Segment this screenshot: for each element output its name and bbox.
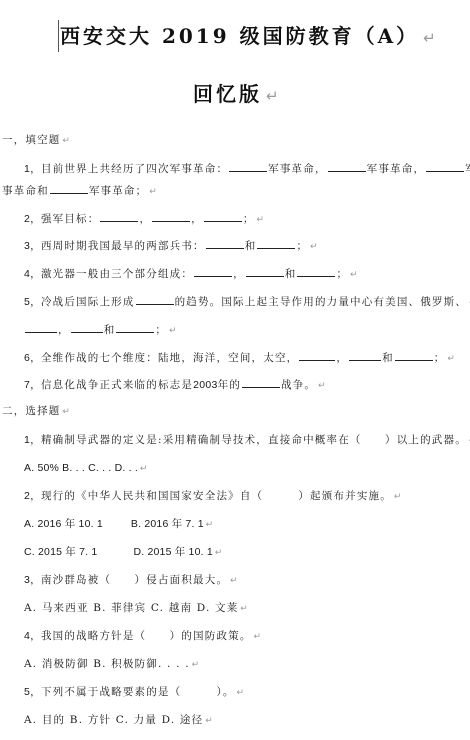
separator: ，	[233, 268, 245, 280]
separator: ，	[191, 213, 203, 225]
paragraph-mark-icon: ↵	[240, 604, 247, 614]
blank-field[interactable]	[71, 321, 103, 333]
question-text: 目前世界上共经历了四次军事革命：	[41, 163, 228, 175]
blank-field[interactable]	[395, 349, 433, 361]
choice-question-3[interactable]: 3，南沙群岛被（ ）侵占面积最大。↵	[24, 573, 238, 588]
question-number: 6，	[24, 352, 41, 364]
paragraph-mark-icon: ↵	[423, 29, 436, 47]
question-stem: 精确制导武器的定义是:采用精确制导技术，直接命中概率在（ ）以上的武器。	[41, 434, 467, 446]
choice-question-2[interactable]: 2，现行的《中华人民共和国国家安全法》自（ ）起颁布并实施。↵	[24, 489, 401, 504]
blank-field[interactable]	[136, 293, 174, 305]
separator: ；	[155, 324, 167, 336]
paragraph-mark-icon: ↵	[254, 632, 261, 642]
question-number: 7，	[24, 379, 41, 391]
option-d: D. 2015 年 10. 1	[133, 546, 212, 558]
separator: ，	[336, 352, 348, 364]
paragraph-mark-icon: ↵	[350, 270, 357, 280]
option-b: B. 2016 年 7. 1	[131, 518, 204, 530]
question-text: 激光器一般由三个部分组成：	[41, 268, 193, 280]
choice-question-2-options-cd[interactable]: C. 2015 年 7. 1D. 2015 年 10. 1↵	[24, 545, 222, 560]
paragraph-mark-icon: ↵	[149, 187, 156, 197]
options-text: A. 马来西亚 B. 菲律宾 C. 越南 D. 文莱	[24, 602, 238, 614]
section1-heading[interactable]: 一，填空题↵	[2, 133, 70, 148]
question-number: 4，	[24, 268, 41, 280]
question-number: 3，	[24, 240, 41, 252]
paragraph-mark-icon: ↵	[169, 326, 176, 336]
blank-field[interactable]	[297, 265, 335, 277]
blank-field[interactable]	[204, 210, 242, 222]
question-text: 军	[465, 163, 470, 175]
question-text: 年的	[218, 379, 241, 391]
blank-field[interactable]	[328, 160, 366, 172]
question-text: 的趋势。国际上起主导作用的力量中心有美国、俄罗斯、	[175, 296, 468, 308]
fill-question-1[interactable]: 1，目前世界上共经历了四次军事革命：军事革命，军事革命，军	[24, 160, 470, 176]
choice-question-4-options[interactable]: A. 消极防御 B. 积极防御. . . .↵	[24, 657, 199, 672]
question-number: 2，	[24, 490, 41, 502]
choice-question-5[interactable]: 5，下列不属于战略要素的是（ ）。↵	[24, 685, 244, 700]
fill-question-1-continued[interactable]: 事革命和军事革命；↵	[2, 182, 157, 199]
fill-question-2[interactable]: 2，强军目标：，，；↵	[24, 210, 264, 227]
question-text: 军事革命，	[367, 163, 426, 175]
question-number: 1，	[24, 434, 41, 446]
question-text: 全维作战的七个维度：陆地，海洋，空间，太空，	[41, 352, 298, 364]
question-number: 3，	[24, 574, 41, 586]
blank-field[interactable]	[246, 265, 284, 277]
separator: 和	[382, 352, 394, 364]
paragraph-mark-icon: ↵	[215, 548, 222, 558]
option-c: C. 2015 年 7. 1	[24, 546, 97, 558]
blank-field[interactable]	[152, 210, 190, 222]
section-heading-text: 一，填空题	[2, 134, 61, 146]
question-text: 战争。	[281, 379, 316, 391]
blank-field[interactable]	[257, 237, 295, 249]
paragraph-mark-icon: ↵	[237, 688, 244, 698]
separator: 和	[245, 240, 257, 252]
paragraph-mark-icon: ↵	[447, 354, 454, 364]
paragraph-mark-icon: ↵	[140, 464, 147, 474]
options-text: A. 50% B. . . C. . . D. . .	[24, 462, 138, 474]
year-value: 2003	[193, 379, 218, 391]
fill-question-3[interactable]: 3，西周时期我国最早的两部兵书：和；↵	[24, 237, 318, 254]
option-a: A. 2016 年 10. 1	[24, 518, 103, 530]
question-text: 强军目标：	[41, 213, 100, 225]
paragraph-mark-icon: ↵	[205, 716, 212, 726]
blank-field[interactable]	[50, 182, 88, 194]
blank-field[interactable]	[206, 237, 244, 249]
paragraph-mark-icon: ↵	[206, 520, 213, 530]
blank-field[interactable]	[426, 160, 464, 172]
blank-field[interactable]	[25, 321, 57, 333]
paragraph-mark-icon: ↵	[257, 215, 264, 225]
question-text: 信息化战争正式来临的标志是	[41, 379, 193, 391]
document-title[interactable]: 西安交大 2019 级国防教育（A）↵	[60, 22, 436, 52]
blank-field[interactable]	[242, 376, 280, 388]
paragraph-mark-icon: ↵	[318, 381, 325, 391]
question-number: 1，	[24, 163, 41, 175]
section-heading-text: 二，选择题	[2, 405, 61, 417]
fill-question-4[interactable]: 4，激光器一般由三个部分组成：，和；↵	[24, 265, 358, 282]
question-text: 冷战后国际上形成	[41, 296, 135, 308]
options-text: A. 消极防御 B. 积极防御. . . .	[24, 658, 190, 670]
blank-field[interactable]	[194, 265, 232, 277]
question-text: 事革命和	[2, 185, 49, 197]
text-cursor	[58, 20, 59, 52]
question-text: 军事革命；	[89, 185, 148, 197]
question-number: 2，	[24, 213, 41, 225]
question-number: 5，	[24, 296, 41, 308]
separator: ，	[58, 324, 70, 336]
document-subtitle[interactable]: 回忆版↵	[193, 80, 279, 110]
choice-question-3-options[interactable]: A. 马来西亚 B. 菲律宾 C. 越南 D. 文莱↵	[24, 601, 248, 616]
paragraph-mark-icon: ↵	[310, 242, 317, 252]
question-text: 军事革命，	[268, 163, 327, 175]
question-number: 5，	[24, 686, 41, 698]
question-text: 西周时期我国最早的两部兵书：	[41, 240, 205, 252]
blank-field[interactable]	[299, 349, 335, 361]
subtitle-text: 回忆版	[193, 82, 262, 106]
options-text: A. 目的 B. 方针 C. 力量 D. 途径	[24, 714, 203, 726]
choice-question-1[interactable]: 1，精确制导武器的定义是:采用精确制导技术，直接命中概率在（ ）以上的武器。↵	[24, 433, 470, 448]
paragraph-mark-icon: ↵	[63, 136, 70, 146]
choice-question-2-options-ab[interactable]: A. 2016 年 10. 1B. 2016 年 7. 1↵	[24, 517, 213, 532]
paragraph-mark-icon: ↵	[63, 407, 70, 417]
paragraph-mark-icon: ↵	[192, 660, 199, 670]
question-stem: 下列不属于战略要素的是（ ）。	[41, 686, 235, 698]
paragraph-mark-icon: ↵	[230, 576, 237, 586]
blank-field[interactable]	[349, 349, 381, 361]
separator: ；	[296, 240, 308, 252]
fill-question-5[interactable]: 5，冷战后国际上形成的趋势。国际上起主导作用的力量中心有美国、俄罗斯、↵	[24, 293, 470, 310]
separator: 和	[104, 324, 116, 336]
separator: ，	[139, 213, 151, 225]
paragraph-mark-icon: ↵	[394, 492, 401, 502]
blank-field[interactable]	[229, 160, 267, 172]
separator: ；	[434, 352, 446, 364]
question-stem: 现行的《中华人民共和国国家安全法》自（ ）起颁布并实施。	[41, 490, 392, 502]
title-text: 西安交大 2019 级国防教育（A）	[60, 24, 419, 48]
separator: 和	[285, 268, 297, 280]
question-number: 4，	[24, 630, 41, 642]
choice-question-1-options[interactable]: A. 50% B. . . C. . . D. . .↵	[24, 461, 147, 476]
paragraph-mark-icon: ↵	[266, 87, 279, 105]
choice-question-4[interactable]: 4，我国的战略方针是（ ）的国防政策。↵	[24, 629, 261, 644]
separator: ；	[336, 268, 348, 280]
choice-question-5-options[interactable]: A. 目的 B. 方针 C. 力量 D. 途径↵	[24, 713, 213, 728]
blank-field[interactable]	[116, 321, 154, 333]
fill-question-7[interactable]: 7，信息化战争正式来临的标志是2003年的战争。↵	[24, 376, 326, 393]
separator: ；	[243, 213, 255, 225]
question-stem: 我国的战略方针是（ ）的国防政策。	[41, 630, 252, 642]
section2-heading[interactable]: 二，选择题↵	[2, 404, 70, 419]
document-page: 西安交大 2019 级国防教育（A）↵ 回忆版↵ 一，填空题↵ 1，目前世界上共…	[0, 0, 470, 740]
fill-question-6[interactable]: 6，全维作战的七个维度：陆地，海洋，空间，太空，，和；↵	[24, 349, 455, 366]
question-stem: 南沙群岛被（ ）侵占面积最大。	[41, 574, 228, 586]
blank-field[interactable]	[100, 210, 138, 222]
fill-question-5-continued[interactable]: ，和；↵	[24, 321, 177, 338]
